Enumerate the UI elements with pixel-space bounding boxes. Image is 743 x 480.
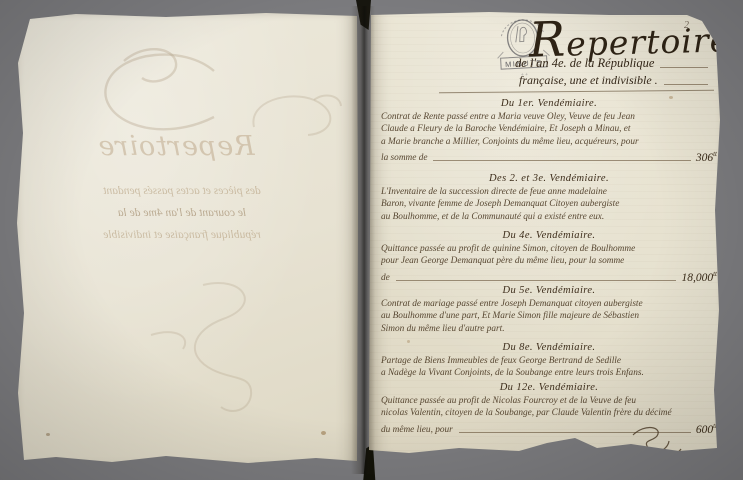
entry-heading: Du 8e. Vendémiaire.: [381, 341, 717, 355]
register-entry: Du 4e. Vendémiaire. Quittance passée au …: [381, 229, 717, 284]
amount-unit: tt: [713, 150, 717, 158]
register-entry: Du 5e. Vendémiaire. Contrat de mariage p…: [381, 284, 717, 335]
entry-heading: Du 5e. Vendémiaire.: [381, 284, 717, 298]
entry-heading: Des 2. et 3e. Vendémiaire.: [381, 172, 717, 186]
bleedthrough-line: le courant de l'an 4me de la: [32, 207, 332, 219]
entry-amount: 18,000tt: [681, 268, 717, 284]
subtitle-row: française, une et indivisible .: [519, 73, 713, 88]
entry-line: Contrat de Rente passé entre a Maria veu…: [381, 111, 717, 123]
bleedthrough-title: Repertoire: [38, 131, 314, 162]
left-page: Repertoire des pièces et actes passés pe…: [16, 13, 358, 465]
entry-line: Baron, vivante femme de Joseph Demanquat…: [381, 198, 717, 210]
entry-line: Quittance passée au profit de quinine Si…: [381, 243, 717, 255]
entry-line: a Nadège la Vivant Conjoints, de la Soub…: [381, 367, 717, 379]
amount-unit: tt: [713, 422, 717, 430]
entry-closing-text: de: [381, 272, 390, 284]
entry-heading: Du 1er. Vendémiaire.: [381, 97, 717, 111]
entry-line: pour Jean George Demanquat père du même …: [381, 255, 717, 267]
subtitle-row: de l'an 4e. de la République: [515, 56, 713, 71]
bleedthrough-lower-flourish: [121, 275, 291, 425]
register-entry: Des 2. et 3e. Vendémiaire. L'Inventaire …: [381, 172, 717, 223]
register-entry: Du 1er. Vendémiaire. Contrat de Rente pa…: [381, 97, 717, 164]
entry-closing-row: de 18,000tt: [381, 268, 717, 284]
entry-heading: Du 4e. Vendémiaire.: [381, 229, 717, 243]
entry-line: au Boulhomme d'une part, Et Marie Simon …: [381, 310, 717, 322]
right-page: MINUTE + + Repertoire 2 de l'an 4e. de l…: [369, 10, 724, 458]
entry-closing-row: la somme de 306tt: [381, 148, 717, 164]
leader-line: [396, 280, 677, 281]
entry-amount: 306tt: [696, 148, 717, 164]
stamp-figure-icon: [515, 26, 527, 43]
foxing-speck: [46, 433, 50, 436]
entry-line: Simon du même lieu d'autre part.: [381, 323, 717, 335]
ruled-line: [439, 90, 714, 93]
entry-line: Claude a Fleury de la Baroche Vendémiair…: [381, 123, 717, 135]
entry-line: Quittance passée au profit de Nicolas Fo…: [381, 395, 717, 407]
entry-line: Contrat de mariage passé entre Joseph De…: [381, 298, 717, 310]
underline-stroke: [660, 67, 708, 68]
entry-heading: Du 12e. Vendémiaire.: [381, 381, 717, 395]
entry-line: nicolas Valentin, citoyen de la Soubange…: [381, 407, 717, 419]
manuscript-scan: Repertoire des pièces et actes passés pe…: [0, 0, 743, 480]
entry-line: L'Inventaire de la succession directe de…: [381, 186, 717, 198]
entry-closing-text: du même lieu, pour: [381, 424, 453, 436]
bleedthrough-line: des pièces et actes passés pendant: [32, 185, 332, 197]
leader-line: [433, 160, 690, 161]
entry-closing-text: la somme de: [381, 152, 427, 164]
entry-line: Partage de Biens Immeubles de feux Georg…: [381, 355, 717, 367]
amount-unit: tt: [713, 270, 717, 278]
paraph-flourish: [507, 423, 692, 468]
subtitle-line-2: française, une et indivisible .: [519, 73, 658, 88]
entry-line: a Marie branche a Millier, Conjoints du …: [381, 136, 717, 148]
entry-amount: 600tt: [696, 420, 717, 436]
register-entry: Du 8e. Vendémiaire. Partage de Biens Imm…: [381, 341, 717, 380]
entry-line: au Boulhomme, et de la Communauté qui a …: [381, 211, 717, 223]
underline-stroke: [664, 84, 708, 85]
foxing-speck: [321, 431, 326, 435]
folio-number: 2: [684, 20, 689, 31]
subtitle-line-1: de l'an 4e. de la République: [515, 56, 654, 71]
bleedthrough-line: république française et indivisible: [32, 229, 332, 241]
